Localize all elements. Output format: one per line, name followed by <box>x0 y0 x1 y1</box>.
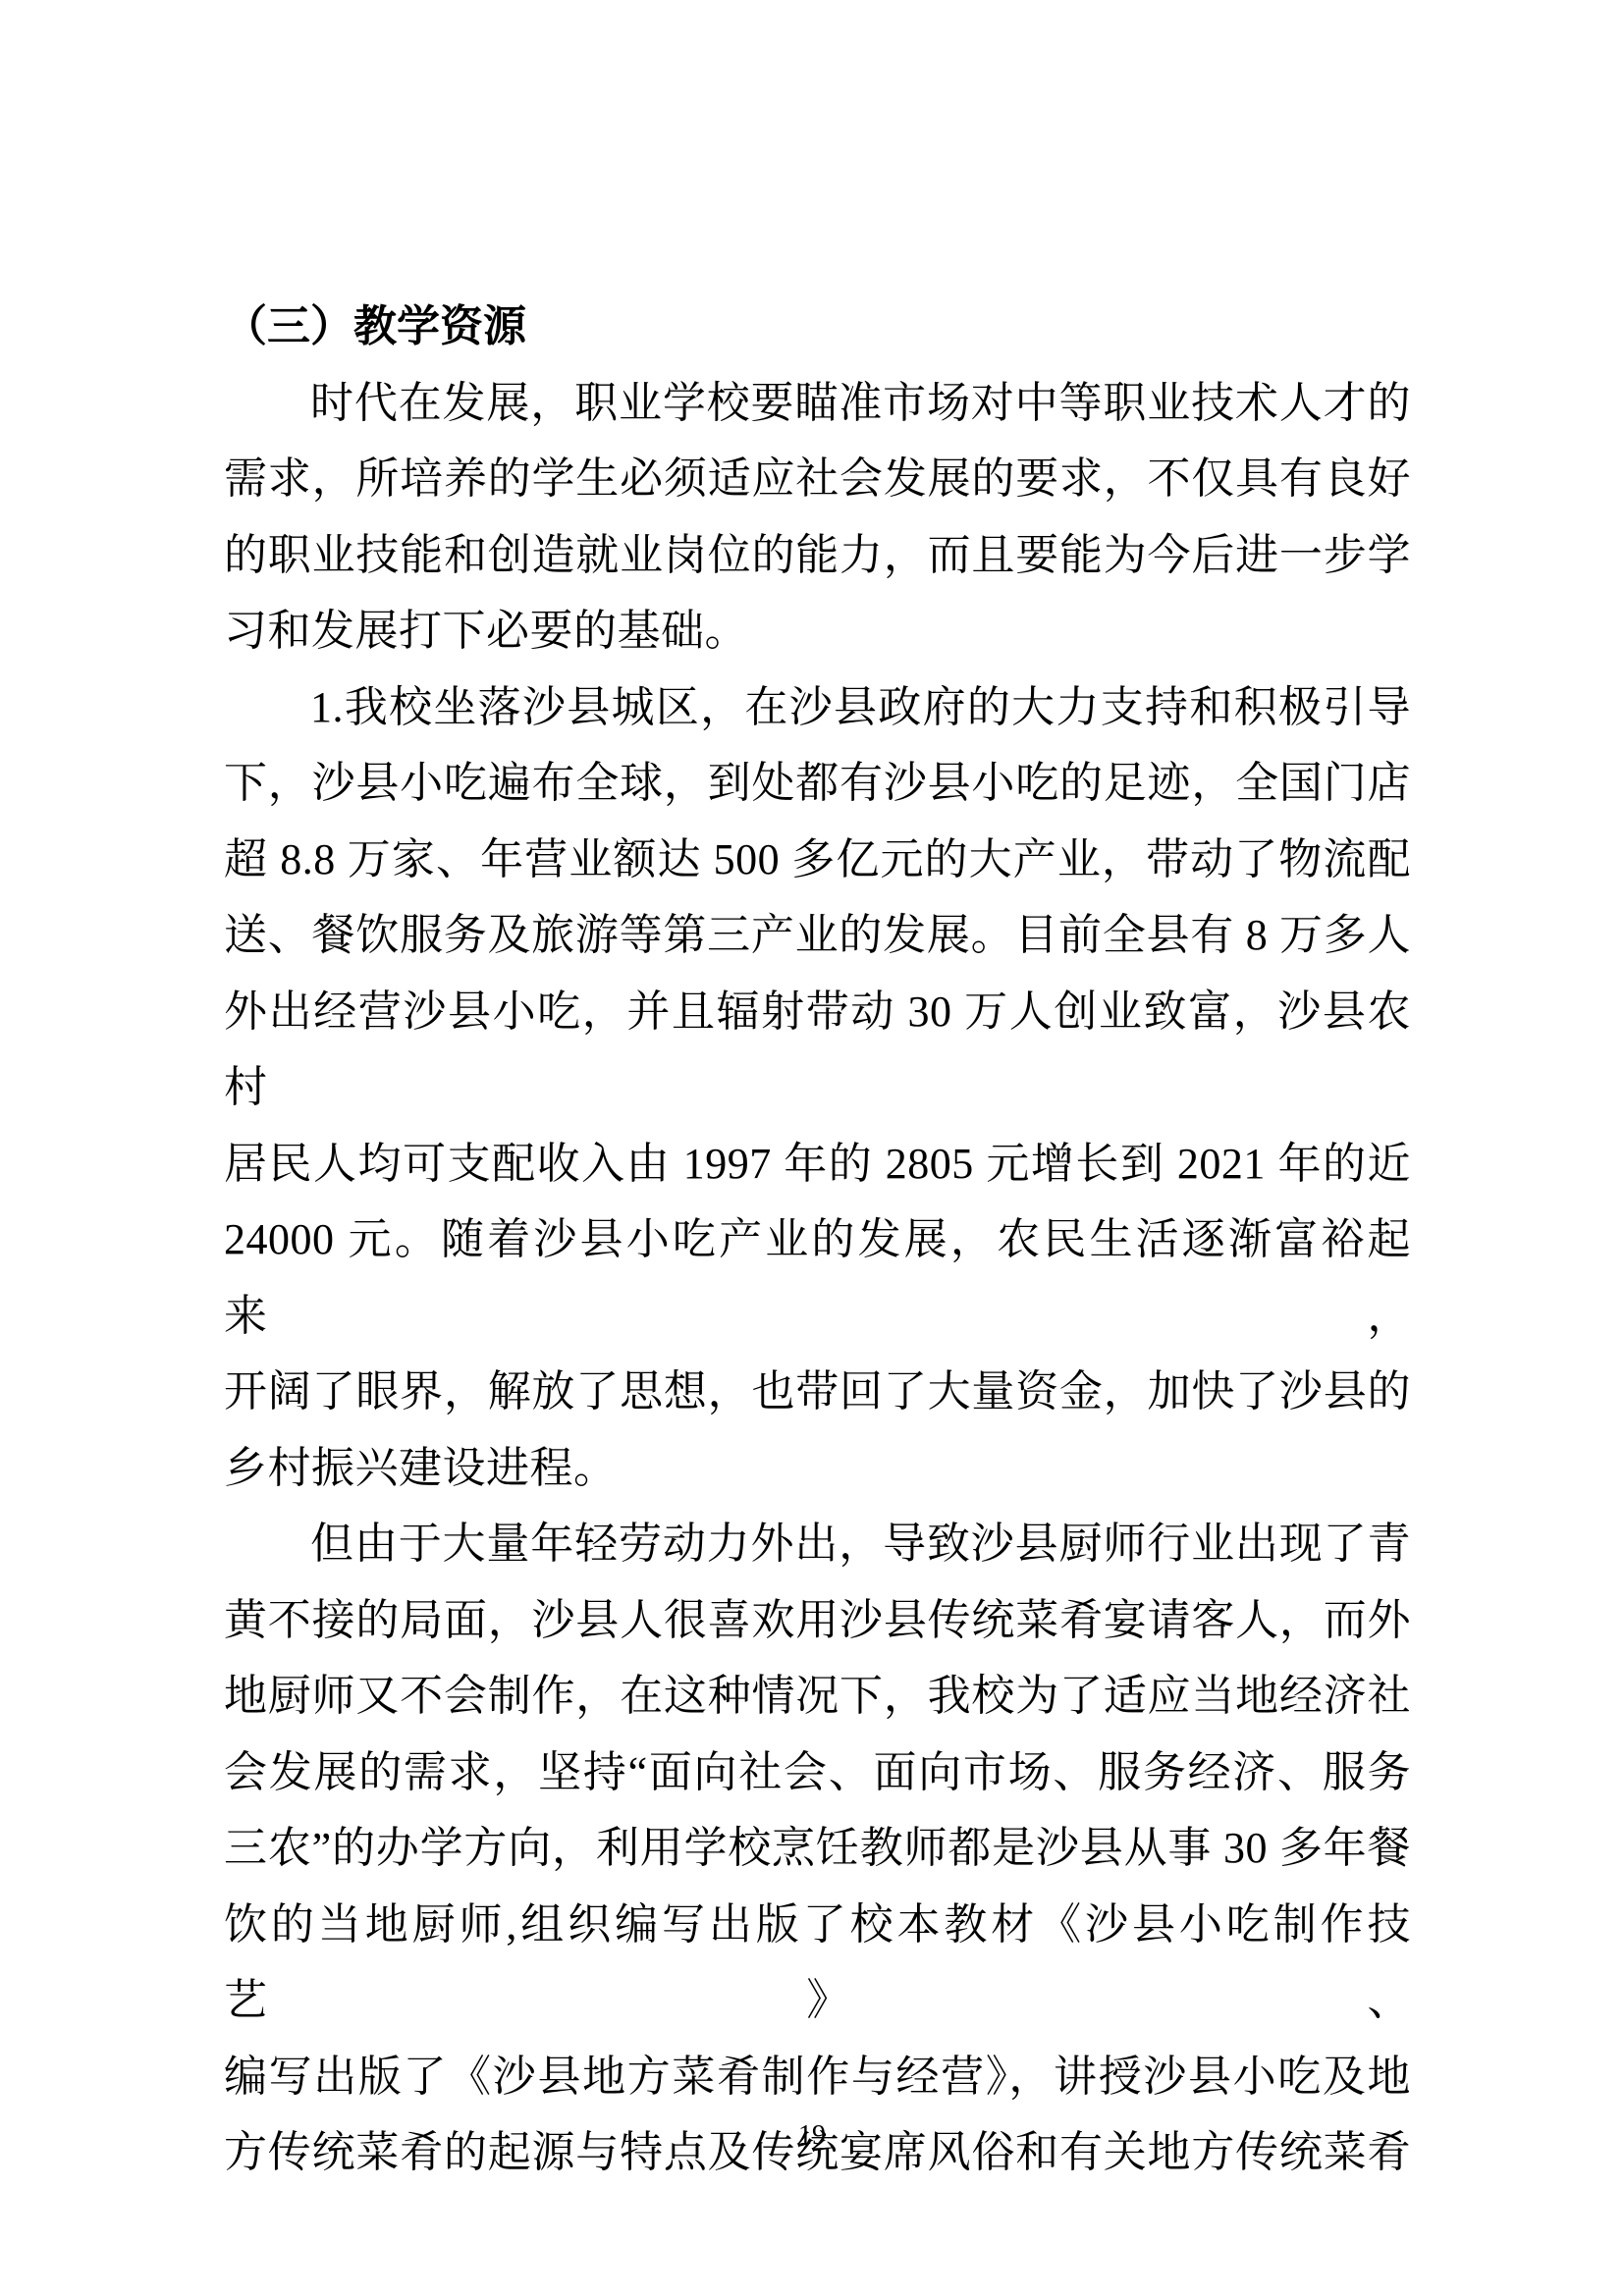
body-line: 需求，所培养的学生必须适应社会发展的要求，不仅具有良好 <box>224 441 1411 517</box>
body-line: 1.我校坐落沙县城区，在沙县政府的大力支持和积极引导 <box>224 669 1411 746</box>
body-line: 送、餐饮服务及旅游等第三产业的发展。目前全县有 8 万多人 <box>224 897 1411 974</box>
body-line: 会发展的需求，坚持“面向社会、面向市场、服务经济、服务 <box>224 1735 1411 1811</box>
body-line: 习和发展打下必要的基础。 <box>224 593 1411 669</box>
body-line: 24000 元。随着沙县小吃产业的发展，农民生活逐渐富裕起来， <box>224 1201 1411 1354</box>
body-line: 居民人均可支配收入由 1997 年的 2805 元增长到 2021 年的近 <box>224 1126 1411 1202</box>
body-line: 下，沙县小吃遍布全球，到处都有沙县小吃的足迹，全国门店 <box>224 745 1411 822</box>
body-line: 开阔了眼界，解放了思想，也带回了大量资金，加快了沙县的 <box>224 1354 1411 1430</box>
page-number: 19 <box>0 2116 1624 2156</box>
body-line: 饮的当地厨师,组织编写出版了校本教材《沙县小吃制作技艺》、 <box>224 1887 1411 2039</box>
body-line: 的职业技能和创造就业岗位的能力，而且要能为今后进一步学 <box>224 517 1411 594</box>
document-page: （三）教学资源 时代在发展，职业学校要瞄准市场对中等职业技术人才的 需求，所培养… <box>0 0 1624 2296</box>
body-line: 编写出版了《沙县地方菜肴制作与经营》，讲授沙县小吃及地 <box>224 2039 1411 2115</box>
body-line: 外出经营沙县小吃，并且辐射带动 30 万人创业致富，沙县农村 <box>224 974 1411 1126</box>
body-line: 黄不接的局面，沙县人很喜欢用沙县传统菜肴宴请客人，而外 <box>224 1582 1411 1659</box>
body-line: 时代在发展，职业学校要瞄准市场对中等职业技术人才的 <box>224 365 1411 442</box>
section-heading: （三）教学资源 <box>224 289 1411 365</box>
body-line: 但由于大量年轻劳动力外出，导致沙县厨师行业出现了青 <box>224 1506 1411 1582</box>
body-line: 超 8.8 万家、年营业额达 500 多亿元的大产业，带动了物流配 <box>224 822 1411 898</box>
body-line: 地厨师又不会制作，在这种情况下，我校为了适应当地经济社 <box>224 1658 1411 1735</box>
body-line: 乡村振兴建设进程。 <box>224 1430 1411 1507</box>
body-line: 三农”的办学方向，利用学校烹饪教师都是沙县从事 30 多年餐 <box>224 1810 1411 1887</box>
text-column: （三）教学资源 时代在发展，职业学校要瞄准市场对中等职业技术人才的 需求，所培养… <box>224 289 1411 2191</box>
